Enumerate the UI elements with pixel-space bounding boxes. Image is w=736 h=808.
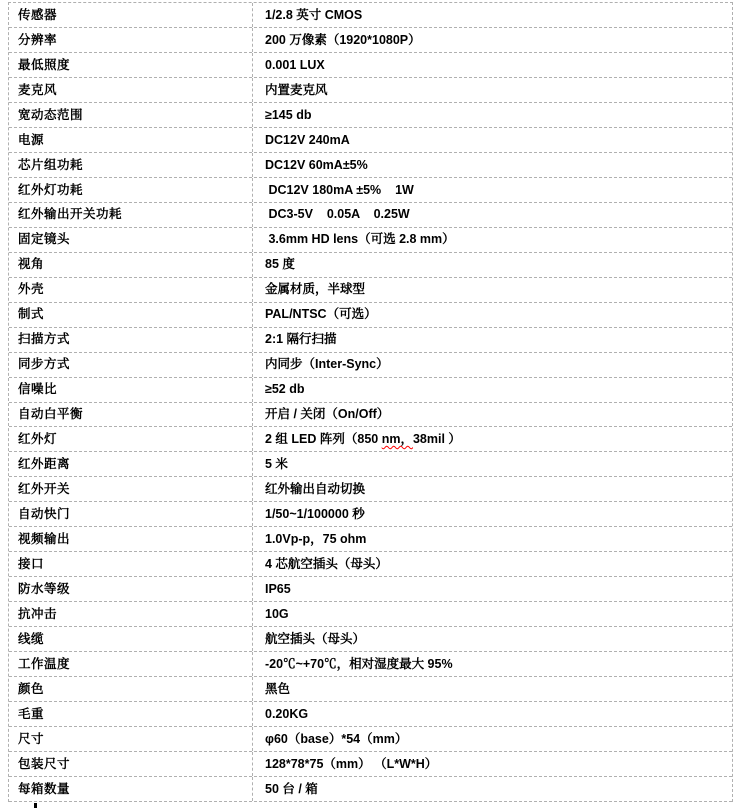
table-row: 工作温度 -20℃~+70℃，相对湿度最大 95% (9, 652, 732, 677)
table-row: 扫描方式 2:1 隔行扫描 (9, 328, 732, 353)
spec-value-cell: 5 米 (252, 452, 732, 476)
spellcheck-squiggle: nm， (382, 433, 413, 446)
table-row: 信噪比 ≥52 db (9, 378, 732, 403)
spec-label-cell: 工作温度 (9, 652, 252, 676)
spec-value-cell: 1/2.8 英寸 CMOS (252, 3, 732, 27)
spec-value-cell: ≥145 db (252, 103, 732, 127)
table-row: 同步方式 内同步（Inter-Sync） (9, 353, 732, 378)
spec-value-cell: 2:1 隔行扫描 (252, 328, 732, 352)
table-row: 接口 4 芯航空插头（母头） (9, 552, 732, 577)
table-row: 外壳 金属材质，半球型 (9, 278, 732, 303)
spec-label-cell: 麦克风 (9, 78, 252, 102)
spec-value-cell: 1/50~1/100000 秒 (252, 502, 732, 526)
spec-label-cell: 外壳 (9, 278, 252, 302)
spec-value-cell: 金属材质，半球型 (252, 278, 732, 302)
spec-label-cell: 传感器 (9, 3, 252, 27)
spec-value-cell: 10G (252, 602, 732, 626)
spec-label-cell: 扫描方式 (9, 328, 252, 352)
spec-value-cell: PAL/NTSC（可选） (252, 303, 732, 327)
spec-value-cell: 200 万像素（1920*1080P） (252, 28, 732, 52)
spec-label-cell: 线缆 (9, 627, 252, 651)
spec-label-cell: 视角 (9, 253, 252, 277)
table-row: 宽动态范围 ≥145 db (9, 103, 732, 128)
spec-value-cell: 航空插头（母头） (252, 627, 732, 651)
table-row: 红外距离 5 米 (9, 452, 732, 477)
table-row: 分辨率 200 万像素（1920*1080P） (9, 28, 732, 53)
table-row: 每箱数量 50 台 / 箱 (9, 777, 732, 802)
table-row: 包装尺寸 128*78*75（mm） （L*W*H） (9, 752, 732, 777)
spec-label-cell: 防水等级 (9, 577, 252, 601)
spec-value-cell: 4 芯航空插头（母头） (252, 552, 732, 576)
spec-value-cell: 内同步（Inter-Sync） (252, 353, 732, 377)
table-row: 最低照度 0.001 LUX (9, 53, 732, 78)
spec-value-cell: DC12V 60mA±5% (252, 153, 732, 177)
spec-label-cell: 自动快门 (9, 502, 252, 526)
table-row: 抗冲击 10G (9, 602, 732, 627)
spec-table: 传感器 1/2.8 英寸 CMOS 分辨率 200 万像素（1920*1080P… (8, 2, 733, 802)
table-row: 制式 PAL/NTSC（可选） (9, 303, 732, 328)
table-row: 传感器 1/2.8 英寸 CMOS (9, 3, 732, 28)
spec-label-cell: 信噪比 (9, 378, 252, 402)
spec-value-cell: DC3-5V 0.05A 0.25W (252, 203, 732, 227)
spec-value-cell: 85 度 (252, 253, 732, 277)
spec-label-cell: 红外开关 (9, 477, 252, 501)
spec-label-cell: 红外灯 (9, 427, 252, 451)
spec-label-cell: 接口 (9, 552, 252, 576)
table-row: 防水等级 IP65 (9, 577, 732, 602)
spec-label-cell: 制式 (9, 303, 252, 327)
table-row: 红外输出开关功耗 DC3-5V 0.05A 0.25W (9, 203, 732, 228)
spec-label-cell: 固定镜头 (9, 228, 252, 252)
spec-label-cell: 尺寸 (9, 727, 252, 751)
spec-label-cell: 毛重 (9, 702, 252, 726)
spec-label-cell: 自动白平衡 (9, 403, 252, 427)
spec-label-cell: 分辨率 (9, 28, 252, 52)
spec-label-cell: 同步方式 (9, 353, 252, 377)
spec-label-cell: 最低照度 (9, 53, 252, 77)
spec-value-cell: 3.6mm HD lens（可选 2.8 mm） (252, 228, 732, 252)
spec-value-cell: 黑色 (252, 677, 732, 701)
spec-value-cell: 1.0Vp-p，75 ohm (252, 527, 732, 551)
spec-value-cell: IP65 (252, 577, 732, 601)
spec-value-cell: 128*78*75（mm） （L*W*H） (252, 752, 732, 776)
spec-value-cell: 0.20KG (252, 702, 732, 726)
table-row: 固定镜头 3.6mm HD lens（可选 2.8 mm） (9, 228, 732, 253)
spec-value-cell: -20℃~+70℃，相对湿度最大 95% (252, 652, 732, 676)
table-row: 视角 85 度 (9, 253, 732, 278)
spec-value-cell: 0.001 LUX (252, 53, 732, 77)
table-row: 红外灯功耗 DC12V 180mA ±5% 1W (9, 178, 732, 203)
spec-value-cell: 开启 / 关闭（On/Off） (252, 403, 732, 427)
spec-label-cell: 电源 (9, 128, 252, 152)
table-row: 芯片组功耗 DC12V 60mA±5% (9, 153, 732, 178)
table-row: 颜色 黑色 (9, 677, 732, 702)
spec-label-cell: 颜色 (9, 677, 252, 701)
table-row: 电源 DC12V 240mA (9, 128, 732, 153)
cutoff-text-mark (34, 803, 37, 808)
spec-value-cell: DC12V 240mA (252, 128, 732, 152)
table-row: 视频输出 1.0Vp-p，75 ohm (9, 527, 732, 552)
spec-label-cell: 红外距离 (9, 452, 252, 476)
spec-value-cell: 红外输出自动切换 (252, 477, 732, 501)
spec-label-cell: 红外输出开关功耗 (9, 203, 252, 227)
spec-label-cell: 宽动态范围 (9, 103, 252, 127)
table-row: 红外开关 红外输出自动切换 (9, 477, 732, 502)
table-row: 线缆 航空插头（母头） (9, 627, 732, 652)
spec-value-cell: 2 组 LED 阵列（850 nm，38mil ） (252, 427, 732, 451)
table-row: 自动白平衡 开启 / 关闭（On/Off） (9, 403, 732, 428)
spec-value-cell: 50 台 / 箱 (252, 777, 732, 801)
table-row: 毛重 0.20KG (9, 702, 732, 727)
spec-label-cell: 红外灯功耗 (9, 178, 252, 202)
spec-label-cell: 每箱数量 (9, 777, 252, 801)
spec-label-cell: 抗冲击 (9, 602, 252, 626)
table-row: 麦克风 内置麦克风 (9, 78, 732, 103)
spec-value-cell: 内置麦克风 (252, 78, 732, 102)
table-row: 红外灯 2 组 LED 阵列（850 nm，38mil ） (9, 427, 732, 452)
spec-value-cell: φ60（base）*54（mm） (252, 727, 732, 751)
spec-label-cell: 芯片组功耗 (9, 153, 252, 177)
spec-label-cell: 包装尺寸 (9, 752, 252, 776)
spec-value-cell: ≥52 db (252, 378, 732, 402)
table-row: 尺寸 φ60（base）*54（mm） (9, 727, 732, 752)
table-row: 自动快门 1/50~1/100000 秒 (9, 502, 732, 527)
spec-label-cell: 视频输出 (9, 527, 252, 551)
spec-value-cell: DC12V 180mA ±5% 1W (252, 178, 732, 202)
